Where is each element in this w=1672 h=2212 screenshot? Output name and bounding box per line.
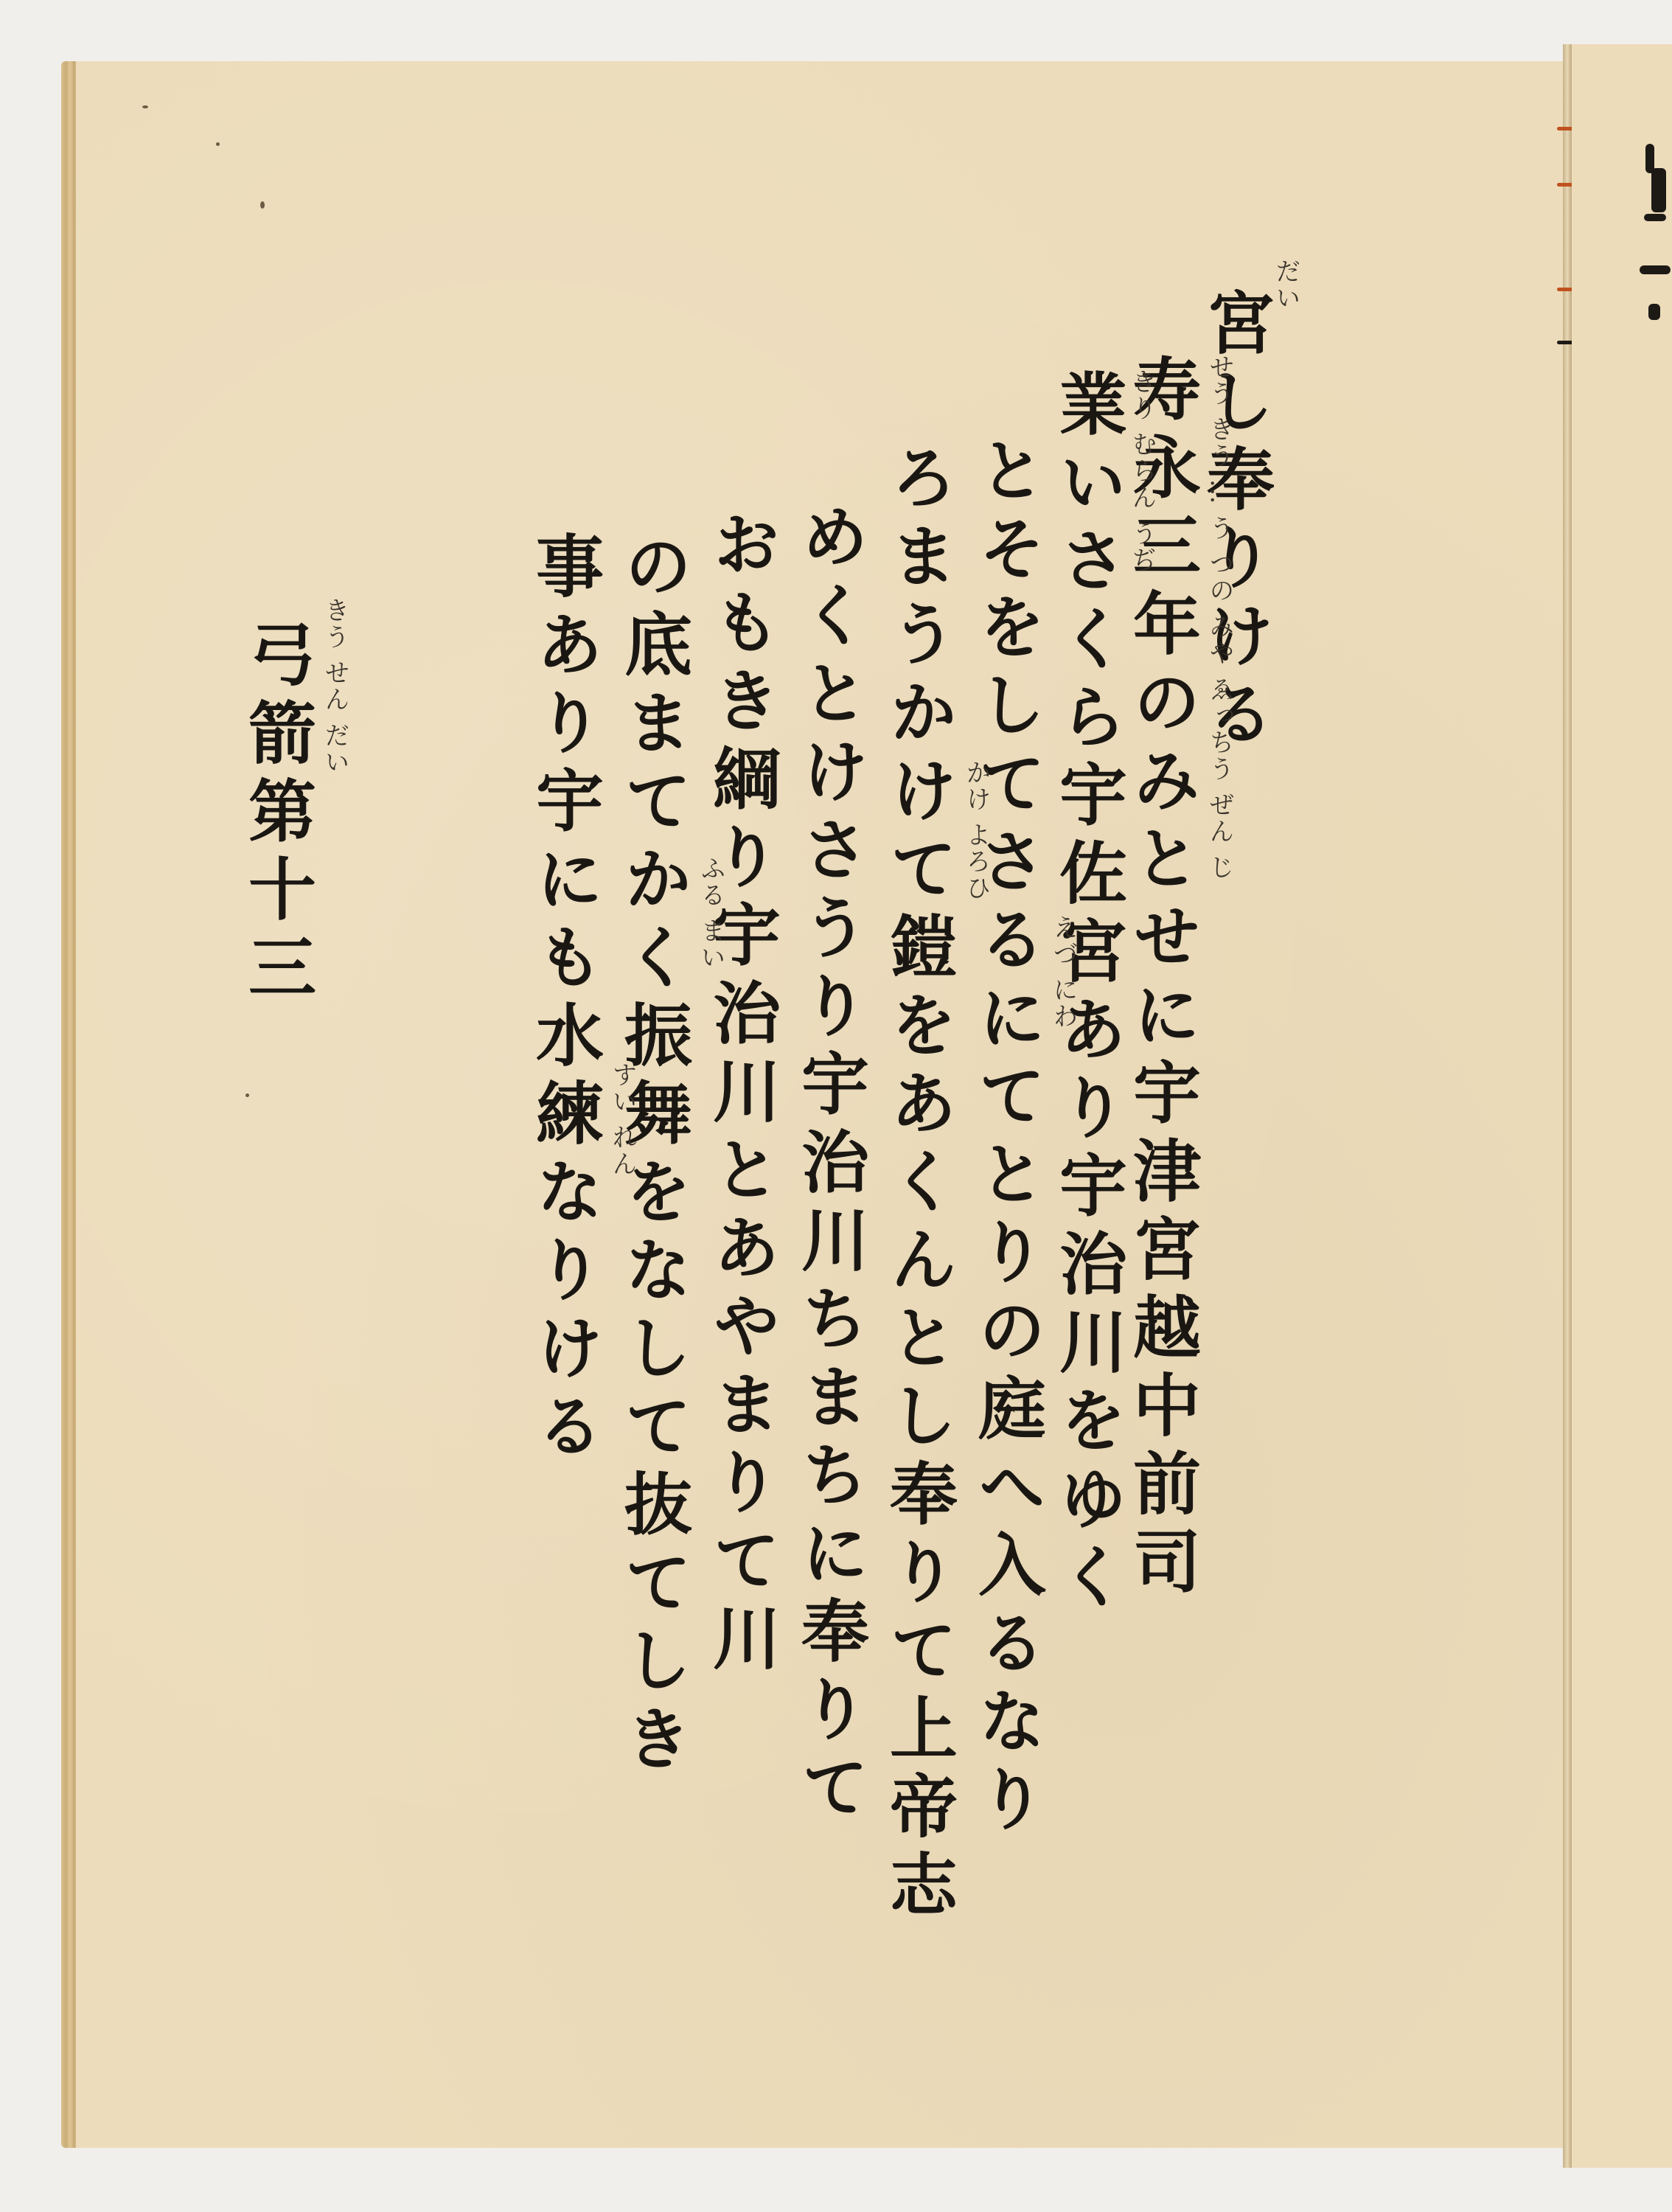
paper-speck	[260, 201, 265, 209]
furigana-9: すい れん	[605, 1062, 641, 1178]
title-line: 弓箭第十三	[243, 619, 311, 1010]
facing-ink-stroke	[1644, 214, 1666, 221]
text-column-5: ろまうかけて鎧をあくんとし奉りて上帝志	[885, 442, 952, 1927]
text-columns: 宮し奉りける だい 寿永三年のみとせに宇津宮越中前司 せう きう … う つの …	[221, 288, 1268, 2057]
text-column-4: とそをしてさるにてとりの庭へ入るなり	[973, 435, 1041, 1842]
facing-ink-stroke	[1648, 304, 1660, 320]
page-edge-stack	[61, 61, 77, 2148]
furigana-3: きり むらん うぢ	[1124, 369, 1160, 574]
text-column-7: おもき綱り宇治川とあやまりて川	[708, 509, 776, 1681]
title-reading: きう せん だい	[317, 597, 353, 776]
furigana-8: ふる まい	[693, 855, 729, 971]
furigana-5: かけ よろひ	[958, 759, 995, 902]
book-gutter	[1563, 44, 1572, 2168]
furigana-2: せう きう … う つの みや ゑっちう ぜん じ	[1202, 354, 1238, 880]
text-column-9: 事あり宇にも水練なりける	[531, 531, 599, 1469]
text-column-6: めくとけさうり宇治川ちまちに奉りて	[796, 501, 864, 1830]
facing-ink-stroke	[1651, 168, 1666, 212]
furigana-1: だい	[1268, 258, 1304, 311]
furigana-4: えづ にわ	[1045, 914, 1081, 1030]
paper-speck	[216, 142, 220, 146]
facing-page-edge	[1572, 44, 1672, 2168]
paper-speck	[142, 105, 148, 108]
facing-ink-stroke	[1640, 265, 1671, 274]
